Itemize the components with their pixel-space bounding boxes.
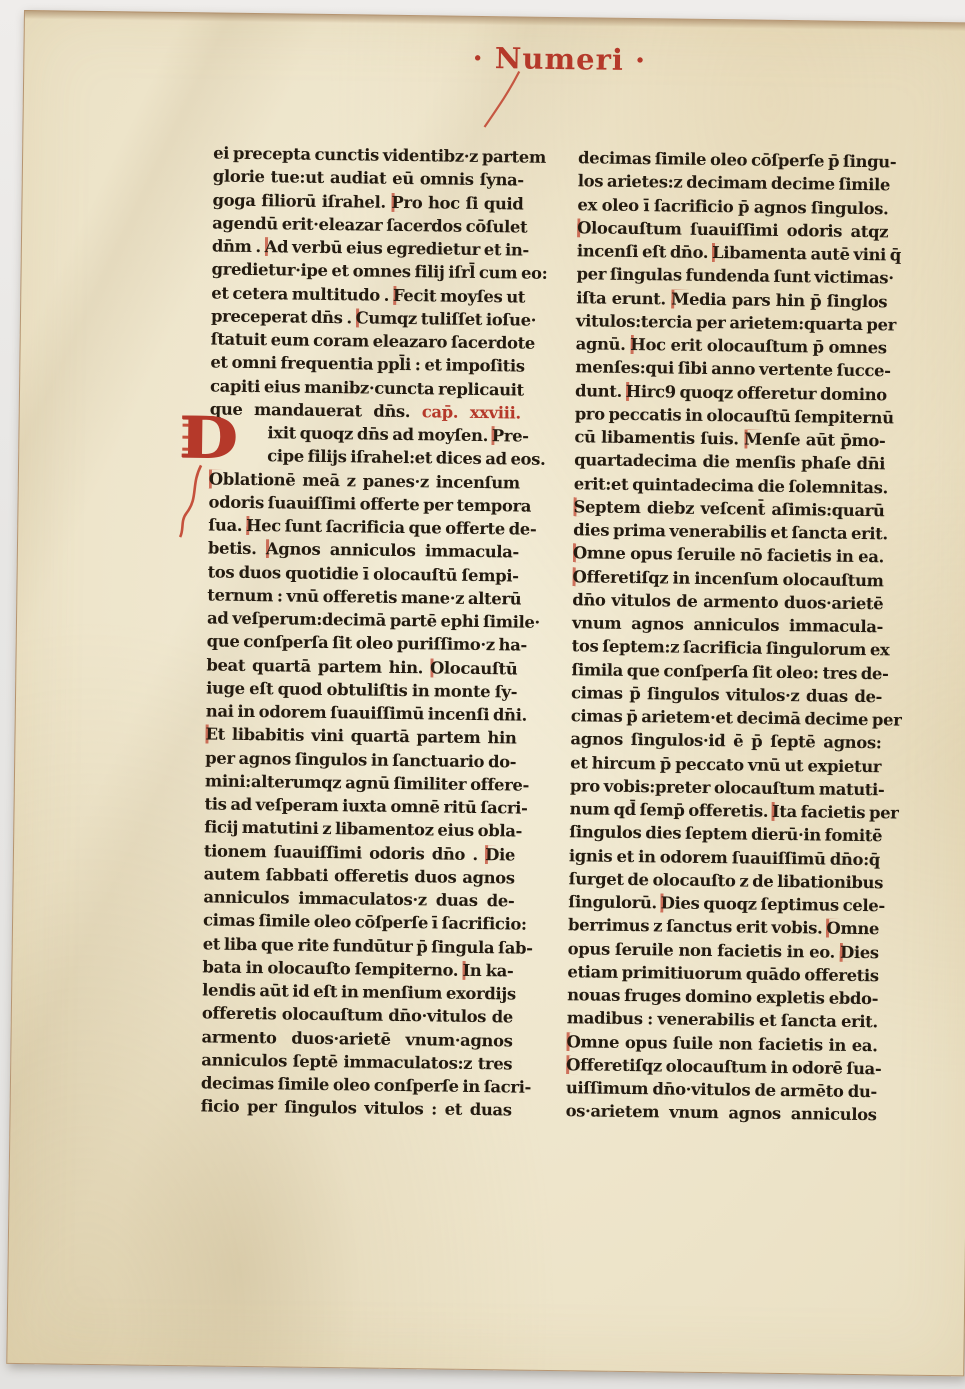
header-flourish-line (478, 69, 539, 140)
rubricated-capital: P (492, 426, 504, 445)
body-text: ficio per ſingulos vitulos : et duas (201, 1097, 512, 1120)
body-text: vitulos:tercia per arietem:quarta per (576, 311, 896, 334)
body-text: mne opus ſuile non facietis in ea. (580, 1032, 877, 1055)
body-text: umqz tuliſſet ioſue· (368, 308, 536, 329)
body-text: madibus : venerabilis et ſancta erit. (567, 1008, 878, 1031)
body-text: ro hoc ſi quid (403, 192, 523, 213)
body-text: anniculos ſeptē immaculatos:z tres (201, 1050, 512, 1073)
rubricated-capital: O (577, 218, 591, 237)
body-text: pro vobis:preter olocauſtum matuti- (570, 776, 885, 799)
body-text: locauſtū (444, 658, 518, 678)
text-line: ficij matutini z libamentoz eius obla- (204, 816, 515, 843)
body-text: tos duos quotidie ī olocauſtū ſempi- (208, 562, 519, 585)
body-text: menſes:qui ſibi anno vertente ſucce- (575, 357, 891, 380)
rubricated-capital: A (265, 237, 278, 256)
body-text: beat quartā partem hin. (206, 655, 430, 677)
body-text: ies (854, 942, 879, 961)
rubricated-capital: S (573, 497, 585, 516)
text-column-left: ei precepta cunctis videntibz·z partemgl… (201, 141, 525, 1121)
body-text: fferetiſqz olocauſtum in odorē ſua- (580, 1055, 881, 1078)
rubric-text: cap̄. xxviii. (422, 402, 521, 422)
text-line: et omni frequentia ppl̄i : et impoſitis (210, 351, 521, 378)
text-line: agnos ſingulos·id ē p̄ ſeptē agnos: (570, 727, 881, 754)
manuscript-leaf: · Numeri · ei precepta cunctis videntibz… (6, 10, 965, 1376)
body-text: re- (504, 426, 529, 445)
body-text: gnos anniculos immacula- (278, 540, 519, 562)
body-text: armento duos·arietē vnum·agnos (201, 1027, 512, 1050)
body-text: os·arietem vnum agnos anniculos (566, 1101, 877, 1124)
body-text: ſurget de olocauſto z de libationibus (569, 869, 884, 892)
rubricated-capital: O (826, 919, 840, 938)
body-text: ie (499, 845, 515, 864)
body-text: nai in odorem ſuauiſſimū incenſi dn̄i. (206, 701, 527, 724)
body-text: vnum agnos anniculos immacula- (572, 613, 883, 636)
body-text: per agnos ſingulos in ſanctuario do- (205, 748, 516, 771)
body-text: dies prima venerabilis et ſancta erit. (573, 520, 888, 543)
body-text: agnū. (576, 334, 631, 354)
body-text: que conſperſa ſit oleo puriſſimo·z ha- (207, 632, 527, 655)
rubricated-capital: O (566, 1032, 580, 1051)
body-text: decimas ſimile oleo conſperſe in ſacri- (201, 1073, 531, 1096)
body-text: fferetiſqz in incenſum olocauſtum (586, 567, 883, 590)
body-text: goga filiorū iſrahel. (212, 190, 391, 211)
body-text: edia pars hin p̄ ſinglos (689, 289, 887, 311)
body-text: num qd̄ ſemp̄ offeretis. (569, 799, 772, 821)
body-text: mne opus ſeruile nō facietis in ea. (587, 544, 884, 567)
text-line: per ſingulas fundenda ſunt victimas· (576, 263, 887, 290)
text-line: glorie tue:ut audiat eū omnis ſyna- (213, 165, 524, 192)
body-text: t libabitis vini quartā partem hin (218, 725, 517, 748)
body-text: oc erit olocauſtum p̄ omnes (645, 335, 886, 357)
body-text: ſtatuit eum coram eleazaro ſacerdote (211, 329, 535, 352)
rubricated-capital: D (485, 845, 499, 864)
body-text: dn̄o vitulos de armento duos·arietē (572, 590, 883, 613)
rubricated-capital: H (630, 335, 645, 354)
body-text: ta facietis per (779, 802, 898, 823)
rubricated-capital: M (744, 429, 762, 448)
body-text: ei precepta cunctis videntibz·z partem (213, 143, 546, 166)
body-text: iſta erunt. (576, 288, 671, 308)
body-text: etiam primitiuorum quādo offeretis (567, 962, 879, 985)
body-text: ficij matutini z libamentoz eius obla- (204, 818, 522, 841)
body-text: decimas ſimile oleo cōſperſe p̄ ſingu- (578, 148, 896, 171)
body-text: ternum : vnū offeretis mane·z alterū (207, 585, 521, 608)
body-text: anniculos immaculatos·z duas de- (203, 887, 514, 910)
rubricated-capital: D (840, 942, 854, 961)
text-line: Omne opus ſeruile nō facietis in ea. (573, 541, 884, 568)
rubricated-capital: O (573, 567, 587, 586)
body-text: iuge eſt quod obtuliſtis in monte ſy- (206, 678, 517, 701)
body-text: dn̄m . (212, 236, 265, 256)
body-text: mne (840, 919, 879, 939)
text-line: cimas ſimile oleo cōſperſe ī ſacrificio: (203, 909, 514, 936)
text-line: quartadecima die menſis phaſe dn̄i (574, 448, 885, 475)
text-line: tos ſeptem:z ſacrificia ſingulorum ex (572, 634, 883, 661)
rubricated-capital: L (712, 243, 723, 262)
body-text: d verbū eius egredietur et in- (277, 237, 529, 259)
rubricated-capital: H (626, 381, 641, 400)
body-text: ec ſunt ſacrificia que offerte de- (261, 516, 536, 539)
body-text: ſingulorū. (568, 892, 661, 912)
body-text: ibamenta autē vini q̄ (723, 243, 901, 264)
body-text: quartadecima die menſis phaſe dn̄i (574, 450, 885, 473)
body-text: lendis aūt id eſt in menſium exordijs (202, 980, 516, 1003)
body-text: gredietur·ipe et omnes filij iſrl̄ cum e… (211, 260, 547, 283)
body-text: ixit quoqz dn̄s ad moyſen. (267, 423, 492, 445)
body-text: opus ſeruile non facietis in eo. (568, 939, 841, 962)
photo-backdrop: · Numeri · ei precepta cunctis videntibz… (0, 0, 965, 1389)
body-text: erit:et quintadecima die ſolemnitas. (574, 474, 888, 497)
body-text: irc9 quoqz offeretur domino (641, 382, 887, 404)
text-column-right: decimas ſimile oleo cōſperſe p̄ ſingu-lo… (565, 146, 889, 1126)
rubricated-capital: M (671, 289, 689, 308)
body-text: autem ſabbati offeretis duos agnos (204, 864, 515, 887)
body-text: tis ad veſperam iuxta omnē ritū ſacri- (204, 794, 527, 817)
leaf-top-edge (25, 11, 965, 32)
body-text: ex oleo ī ſacrificio p̄ agnos ſingulos. (577, 195, 888, 218)
body-text: bata in olocauſto ſempiterno. (202, 957, 462, 979)
body-text: et liba que rite fundūtur p̄ ſingula ſab… (203, 934, 533, 957)
rubricated-capital: P (391, 192, 403, 211)
body-text: enſe aūt p̄mo- (762, 430, 886, 451)
body-text: cimas ſimile oleo cōſperſe ī ſacrificio: (203, 911, 527, 934)
body-text: agendū erit·eleazar ſacerdos cōſulet (212, 213, 527, 236)
body-text: ignis et in odorem ſuauiſſimū dn̄o:q̄ (569, 846, 880, 869)
rubricated-capital: F (393, 285, 404, 304)
body-text: offeretis olocauſtum dn̄o·vitulos de (202, 1004, 513, 1027)
rubricated-capital: O (430, 658, 444, 677)
body-text: tos ſeptem:z ſacrificia ſingulorum ex (572, 636, 890, 659)
body-text: incenſi eſt dn̄o. (577, 241, 712, 262)
body-text: eptem diebz veſcent̄ aſimis:quarū (585, 497, 885, 520)
body-text: cū libamentis ſuis. (574, 427, 744, 448)
running-title: · Numeri · (214, 37, 904, 80)
rubricated-capital: O (566, 1055, 580, 1074)
text-line: gredietur·ipe et omnes filij iſrl̄ cum e… (211, 258, 522, 285)
text-line: Et libabitis vini quartā partem hin (205, 723, 516, 750)
body-text: mini:alterumqz agnū ſimiliter offere- (205, 771, 529, 794)
body-text: per ſingulas fundenda ſunt victimas· (576, 265, 893, 288)
illuminated-initial-d: D (178, 411, 270, 562)
initial-flourish-tail (178, 411, 270, 562)
text-line: offeretis olocauſtum dn̄o·vitulos de (202, 1002, 513, 1029)
body-text: locauſtum ſuauiſſimi odoris atqz (591, 218, 888, 241)
body-text: preceperat dn̄s . (211, 306, 356, 327)
rubricated-capital: D (661, 893, 675, 912)
text-line: que conſperſa ſit oleo puriſſimo·z ha- (207, 630, 518, 657)
body-text: cipe filijs iſrahel:et dices ad eos. (267, 446, 546, 469)
body-text: et omni frequentia ppl̄i : et impoſitis (210, 353, 525, 376)
body-text: ecit moyſes ut (403, 285, 525, 306)
body-text: dunt. (575, 381, 626, 401)
text-line: menſes:qui ſibi anno vertente ſucce- (575, 355, 886, 382)
body-text: los arietes:z decimam decime ſimile (578, 172, 890, 195)
body-text: ad veſperum:decimā partē ephi ſimile· (207, 608, 540, 631)
body-text: pro peccatis in olocauſtū ſempiternū (575, 404, 894, 427)
body-text: ies quoqz ſeptimus cele- (674, 894, 885, 916)
rubricated-capital: C (356, 308, 369, 327)
body-text: ſimila que conſperſa ſit oleo: tres de- (571, 660, 888, 683)
body-text: tionem ſuauiſſimi odoris dn̄o . (204, 841, 485, 864)
text-line: madibus : venerabilis et ſancta erit. (567, 1006, 878, 1033)
text-line: ſingulos dies ſeptem dierū·in fomitē (569, 820, 880, 847)
body-text: et cetera multitudo . (211, 283, 393, 304)
body-text: capiti eius manibz·cuncta replicauit (210, 376, 524, 399)
text-line: berrimus z ſanctus erit vobis. Omne (568, 913, 879, 940)
body-text: glorie tue:ut audiat eū omnis ſyna- (213, 167, 524, 190)
text-line: os·arietem vnum agnos anniculos (565, 1099, 876, 1126)
text-line: los arietes:z decimam decime ſimile (578, 170, 889, 197)
text-line: ficio per ſingulos vitulos : et duas (201, 1095, 512, 1122)
body-text: agnos ſingulos·id ē p̄ ſeptē agnos: (570, 729, 881, 752)
body-text: cimas p̄ ſingulos vitulos·z duas de- (571, 683, 882, 706)
body-text: cimas p̄ arietem·et decimā decime per (571, 706, 902, 729)
body-text: et hircum p̄ peccato vnū ut expietur (570, 753, 881, 776)
body-text: ſingulos dies ſeptem dierū·in fomitē (569, 822, 882, 845)
body-text: nouas fruges domino expletis ebdo- (567, 985, 878, 1008)
rubricated-capital: O (573, 543, 587, 562)
body-text: n ka- (470, 961, 514, 981)
body-text: berrimus z ſanctus erit vobis. (568, 915, 827, 937)
body-text: uiſſimum dn̄o·vitulos de armēto du- (566, 1078, 877, 1101)
rubricated-capital: E (205, 725, 217, 744)
